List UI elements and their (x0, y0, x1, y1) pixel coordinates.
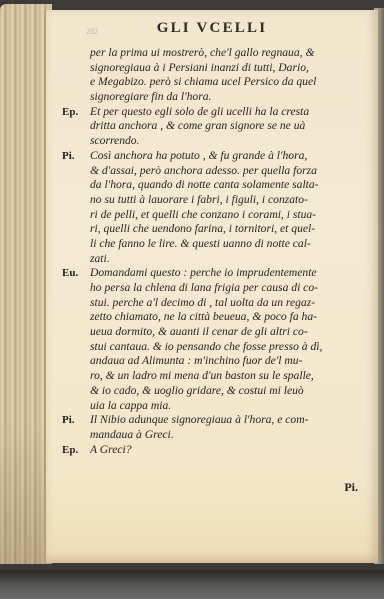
speaker-label (62, 119, 90, 134)
line-text: Et per questo egli solo de gli ucelli ha… (90, 105, 372, 120)
text-line: zetto chiamato, ne la città beueua, & po… (62, 310, 372, 325)
text-line: no su tutti à lauorare i fabri, i figuli… (62, 193, 372, 208)
line-text: & d'assai, però anchora adesso. per quel… (90, 164, 372, 179)
line-text: mandaua à Greci. (90, 428, 372, 443)
line-text: andaua ad Alimunta : m'inchino fuor de'l… (90, 354, 372, 369)
speaker-label (62, 61, 90, 76)
text-line: ro, & un ladro mi mena d'un baston su le… (62, 369, 372, 384)
line-text: da l'hora, quando di notte canta solamen… (90, 178, 372, 193)
text-line: andaua ad Alimunta : m'inchino fuor de'l… (62, 354, 372, 369)
line-text: ri, quelli che uendono farina, i tornito… (90, 222, 372, 237)
speaker-label (62, 46, 90, 61)
speaker-label (62, 178, 90, 193)
line-text: signoregiare fin da l'hora. (90, 90, 372, 105)
speaker-label (62, 252, 90, 267)
text-line: ri de pelli, et quelli che conzano i cor… (62, 208, 372, 223)
speaker-label (62, 222, 90, 237)
speaker-label: Pi. (62, 149, 90, 164)
text-line: dritta anchora , & come gran signore se … (62, 119, 372, 134)
text-line: uia la cappa mia. (62, 399, 372, 414)
text-line: da l'hora, quando di notte canta solamen… (62, 178, 372, 193)
text-line: stui. perche a'l decimo di , tal uolta d… (62, 296, 372, 311)
line-text: per la prima ui mostrerò, che'l gallo re… (90, 46, 372, 61)
text-line: ri, quelli che uendono farina, i tornito… (62, 222, 372, 237)
line-text: stui. perche a'l decimo di , tal uolta d… (90, 296, 372, 311)
line-text: zetto chiamato, ne la città beueua, & po… (90, 310, 372, 325)
text-line: stui cantaua. & io pensando che fosse pr… (62, 340, 372, 355)
line-text: no su tutti à lauorare i fabri, i figuli… (90, 193, 372, 208)
text-line: Pi.Così anchora ha potuto , & fu grande … (62, 149, 372, 164)
text-line: signoregiare fin da l'hora. (62, 90, 372, 105)
speaker-label: Ep. (62, 443, 90, 458)
speaker-label: Ep. (62, 105, 90, 120)
speaker-label (62, 384, 90, 399)
line-text: stui cantaua. & io pensando che fosse pr… (90, 340, 372, 355)
text-line: per la prima ui mostrerò, che'l gallo re… (62, 46, 372, 61)
text-line: ho persa la chlena di lana frigia per ca… (62, 281, 372, 296)
book-page: 282 GLI VCELLI per la prima ui mostrerò,… (44, 10, 378, 563)
scan-background-bottom (0, 570, 384, 599)
line-text: ho persa la chlena di lana frigia per ca… (90, 281, 372, 296)
speaker-label (62, 193, 90, 208)
text-line: signoregiaua à i Persiani inanzi di tutt… (62, 61, 372, 76)
text-line: li che fanno le lire. & questi uanno di … (62, 237, 372, 252)
speaker-label (62, 325, 90, 340)
text-line: Pi.Il Nibio adunque signoregiaua à l'hor… (62, 413, 372, 428)
line-text: Il Nibio adunque signoregiaua à l'hora, … (90, 413, 372, 428)
catchword: Pi. (344, 480, 358, 495)
line-text: signoregiaua à i Persiani inanzi di tutt… (90, 61, 372, 76)
text-line: & io cado, & uoglio gridare, & costui mi… (62, 384, 372, 399)
line-text: A Greci? (90, 443, 372, 458)
speaker-label (62, 296, 90, 311)
text-line: e Megabizo. però si chiama ucel Persico … (62, 75, 372, 90)
speaker-label (62, 354, 90, 369)
speaker-label (62, 90, 90, 105)
speaker-label (62, 310, 90, 325)
text-line: scorrendo. (62, 134, 372, 149)
speaker-label (62, 164, 90, 179)
text-line: & d'assai, però anchora adesso. per quel… (62, 164, 372, 179)
line-text: scorrendo. (90, 134, 372, 149)
text-line: zati. (62, 252, 372, 267)
speaker-label (62, 369, 90, 384)
speaker-label (62, 340, 90, 355)
line-text: dritta anchora , & come gran signore se … (90, 119, 372, 134)
line-text: ueua dormito, & auanti il cenar de gli a… (90, 325, 372, 340)
line-text: ro, & un ladro mi mena d'un baston su le… (90, 369, 372, 384)
line-text: Così anchora ha potuto , & fu grande à l… (90, 149, 372, 164)
line-text: & io cado, & uoglio gridare, & costui mi… (90, 384, 372, 399)
text-line: Ep.Et per questo egli solo de gli ucelli… (62, 105, 372, 120)
speaker-label (62, 237, 90, 252)
speaker-label (62, 75, 90, 90)
speaker-label (62, 399, 90, 414)
line-text: ri de pelli, et quelli che conzano i cor… (90, 208, 372, 223)
line-text: uia la cappa mia. (90, 399, 372, 414)
speaker-label: Eu. (62, 266, 90, 281)
speaker-label (62, 208, 90, 223)
speaker-label (62, 428, 90, 443)
line-text: li che fanno le lire. & questi uanno di … (90, 237, 372, 252)
text-line: Ep.A Greci? (62, 443, 372, 458)
line-text: Domandami questo : perche io imprudentem… (90, 266, 372, 281)
text-line: mandaua à Greci. (62, 428, 372, 443)
dialogue-text: per la prima ui mostrerò, che'l gallo re… (62, 46, 372, 457)
text-line: ueua dormito, & auanti il cenar de gli a… (62, 325, 372, 340)
text-line: Eu.Domandami questo : perche io impruden… (62, 266, 372, 281)
line-text: e Megabizo. però si chiama ucel Persico … (90, 75, 372, 90)
line-text: zati. (90, 252, 372, 267)
speaker-label: Pi. (62, 413, 90, 428)
running-head: GLI VCELLI (46, 20, 378, 37)
speaker-label (62, 281, 90, 296)
speaker-label (62, 134, 90, 149)
